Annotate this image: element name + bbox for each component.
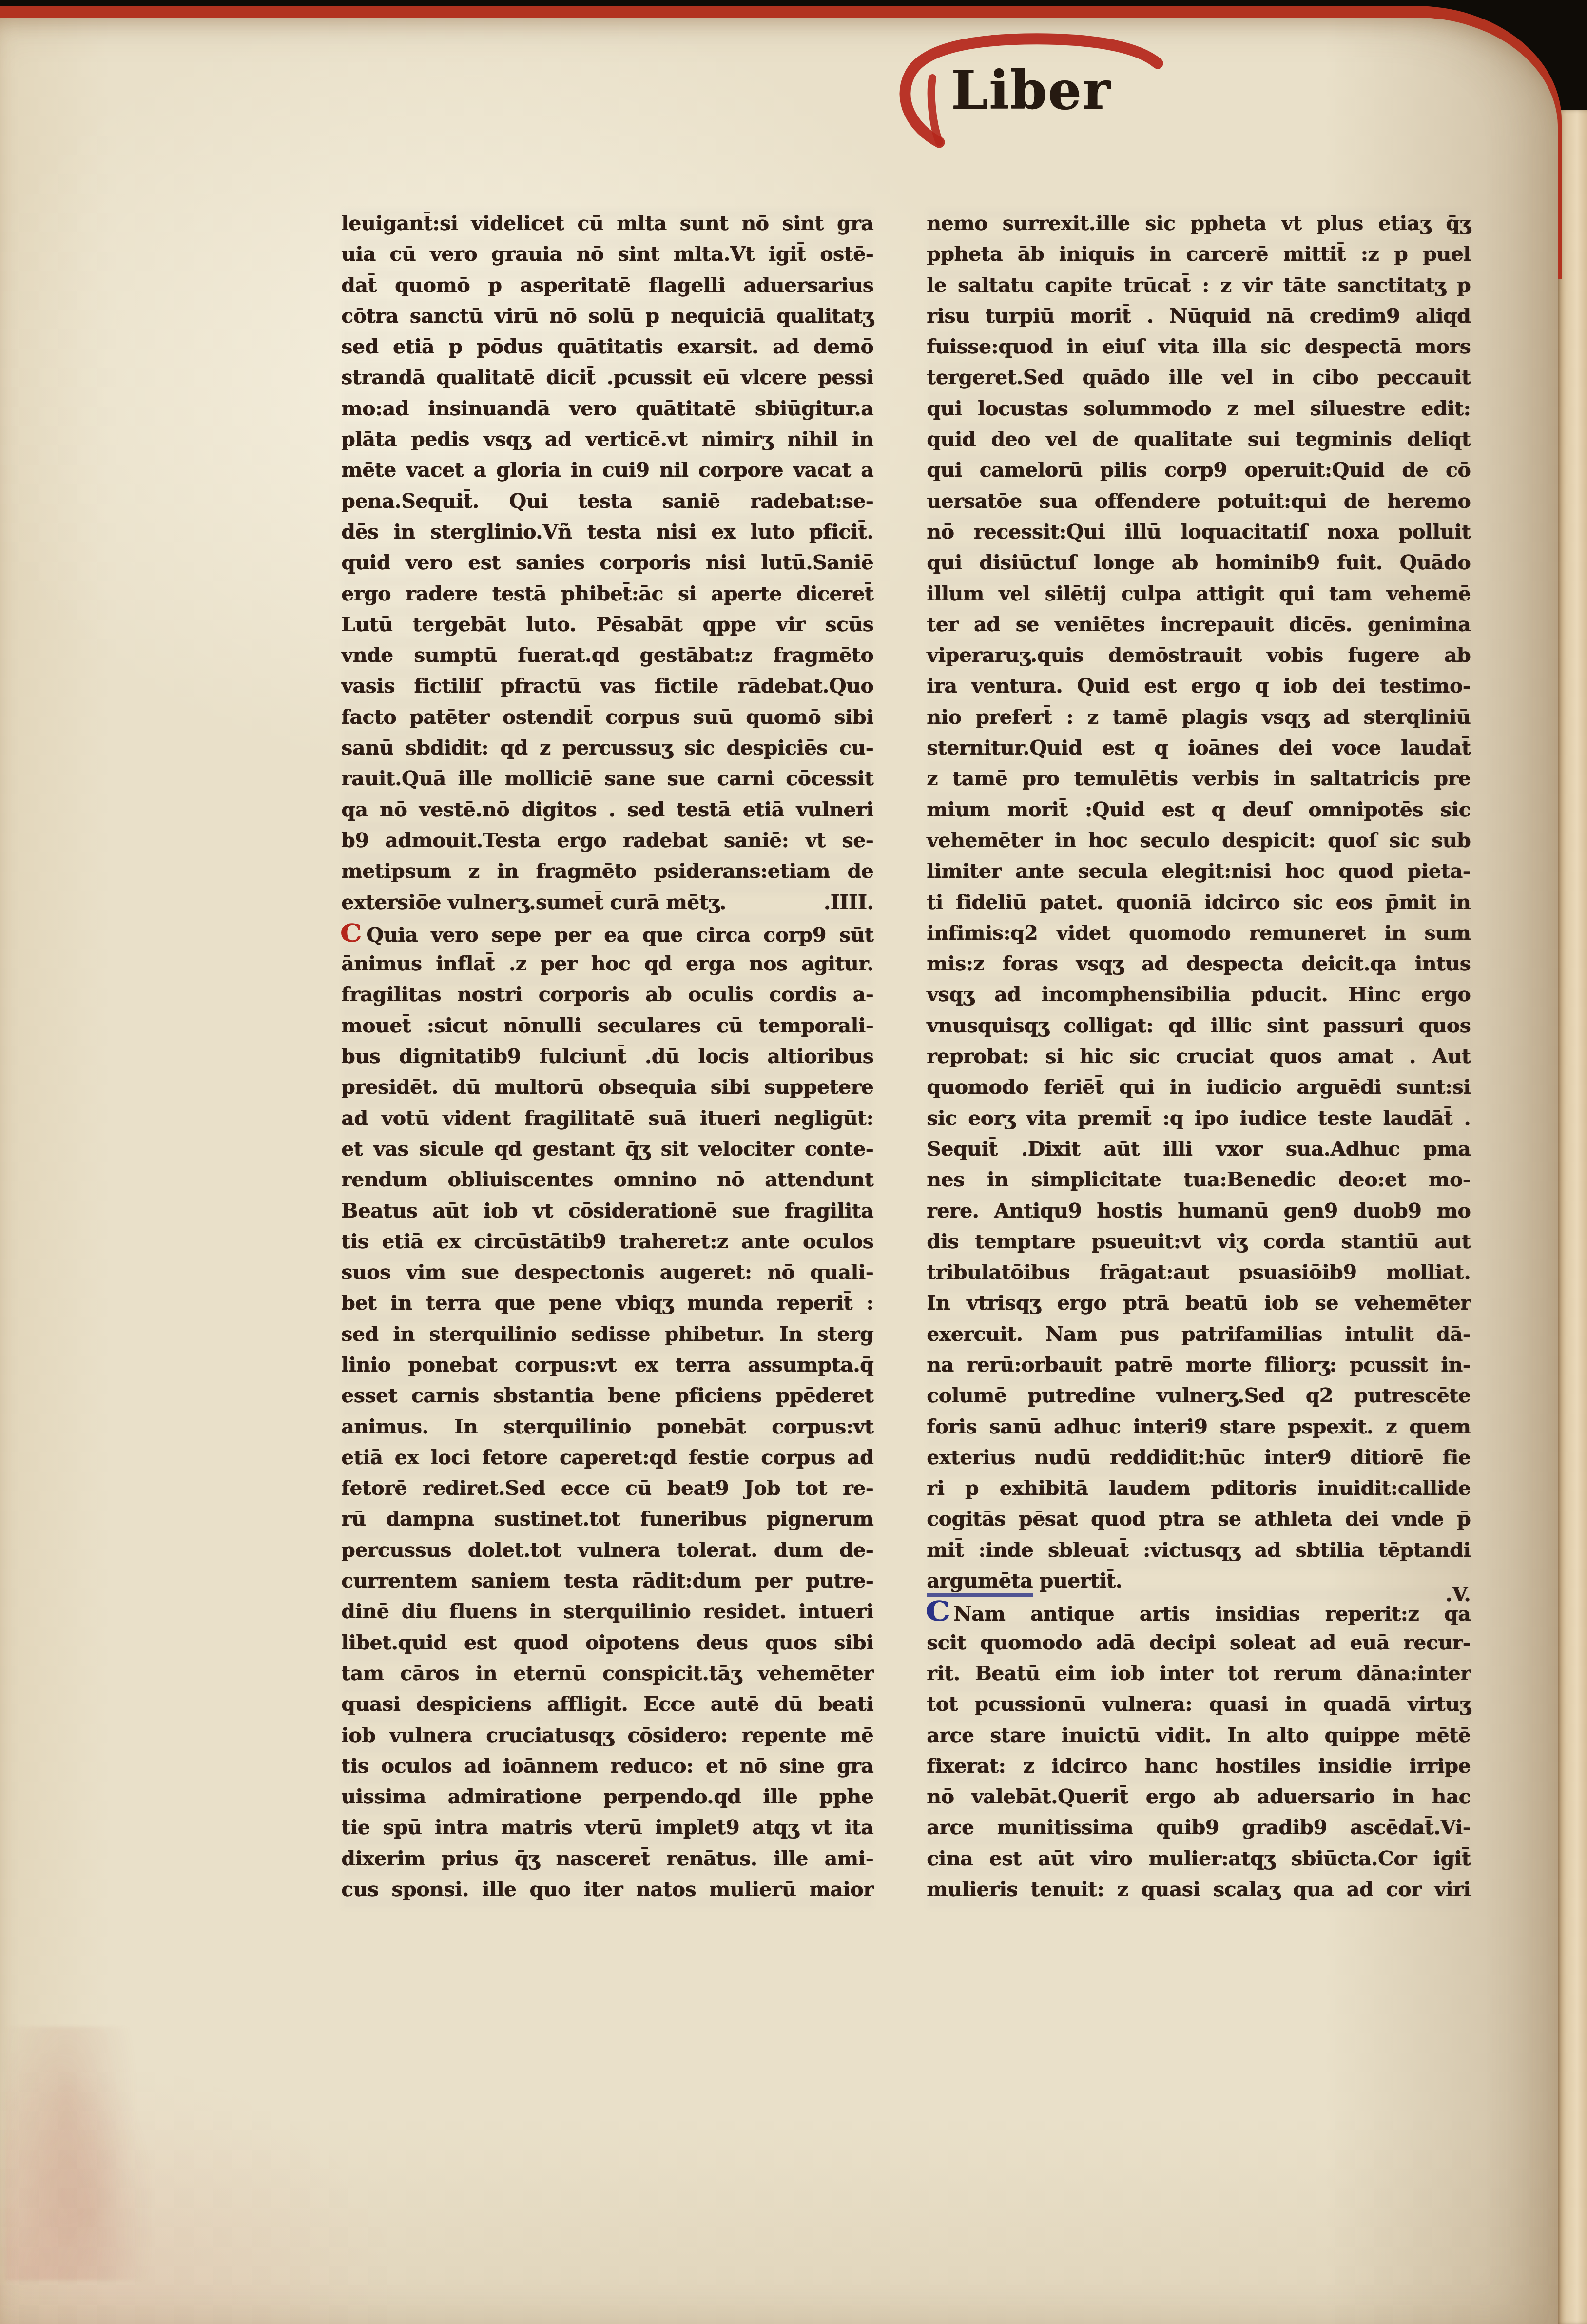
running-title: Liber bbox=[885, 43, 1177, 150]
book-scan-page: { "header": { "title": "Liber" }, "color… bbox=[0, 0, 1587, 2324]
text-line: Lutū tergebāt luto. Pēsabāt qppe vir… bbox=[341, 609, 873, 640]
text-line: leuigant̄:si videlicet cū mlta sunt nō… bbox=[341, 208, 873, 239]
text-line: vnusquisqʒ colligat: qd illic sint passu… bbox=[927, 1010, 1471, 1041]
text-line: et vas sicule qd gestant q̄ʒ sit velocit… bbox=[341, 1134, 873, 1164]
text-line: tergeret.Sed quādo ille vel in cibo pec… bbox=[927, 362, 1471, 393]
text-line: fuisse:quod in eiuſ vita illa sic despec… bbox=[927, 331, 1471, 362]
text-line-body: extersiōe vulnerʒ.sumet̄ curā mētʒ. bbox=[341, 887, 726, 918]
text-line: ergo radere testā phibet̄:āc si aperte… bbox=[341, 579, 873, 609]
text-line: quasi despiciens affligit. Ecce autē du… bbox=[341, 1689, 873, 1720]
text-line: percussus dolet.tot vulnera tolerat. dum… bbox=[341, 1535, 873, 1566]
text-line: tot pcussionū vulnera: quasi in quadā … bbox=[927, 1689, 1471, 1720]
text-line: ira ventura. Quid est ergo q iob dei tes… bbox=[927, 671, 1471, 701]
text-line: dis temptare psueuit:vt viʒ corda stanti… bbox=[927, 1226, 1471, 1257]
text-line: linio ponebat corpus:vt ex terra assumpt… bbox=[341, 1350, 873, 1380]
text-line: tis etiā ex circūstātib9 traheret:z a… bbox=[341, 1226, 873, 1257]
text-line: Beatus aūt iob vt cōsiderationē sue f… bbox=[341, 1196, 873, 1226]
text-line: vsqʒ ad incomphensibilia pducit. Hinc er… bbox=[927, 979, 1471, 1010]
paraph-mark-icon: C bbox=[340, 918, 362, 949]
text-line: cina est aūt viro mulier:atqʒ sbiūcta.… bbox=[927, 1843, 1471, 1874]
text-line-body: Quia vero sepe per ea que circa corp9 su… bbox=[366, 923, 873, 947]
text-line: uissima admiratione perpendo.qd ille pph… bbox=[341, 1782, 873, 1812]
text-line: fetorē rediret.Sed ecce cū beat9 Job t… bbox=[341, 1473, 873, 1504]
text-line: cogitās pēsat quod ptra se athleta dei… bbox=[927, 1504, 1471, 1534]
text-line: mium morit̄ :Quid est q deuſ omnipotēs … bbox=[927, 794, 1471, 825]
text-line: cōtra sanctū virū nō solū p nequici… bbox=[341, 301, 873, 331]
text-line: rit. Beatū eim iob inter tot rerum dān… bbox=[927, 1658, 1471, 1689]
text-line: ti fideliū patet. quoniā idcirco sic e… bbox=[927, 887, 1471, 918]
text-line: ānimus inflat̄ .z per hoc qd erga nos a… bbox=[341, 949, 873, 979]
text-line: CNam antique artis insidias reperit:z qa bbox=[927, 1596, 1471, 1627]
text-line: qui camelorū pilis corp9 operuit:Quid d… bbox=[927, 455, 1471, 485]
text-line: uersatōe sua offendere potuit:qui de he… bbox=[927, 486, 1471, 517]
text-line: vnde sumptū fuerat.qd gestābat:z fragm… bbox=[341, 640, 873, 671]
text-line: infimis:q2 videt quomodo remuneret in su… bbox=[927, 918, 1471, 949]
text-line: arce munitissima quib9 gradib9 ascēdat̄… bbox=[927, 1812, 1471, 1843]
text-line: iob vulnera cruciatusqʒ cōsidero: repen… bbox=[341, 1720, 873, 1751]
text-line: plāta pedis vsqʒ ad verticē.vt nimirʒ … bbox=[341, 424, 873, 455]
text-line: cus sponsi. ille quo iter natos mulierū… bbox=[341, 1874, 873, 1905]
text-line: strandā qualitatē dicit̄ .pcussit eū … bbox=[341, 362, 873, 393]
text-line: mouet̄ :sicut nōnulli seculares cū tem… bbox=[341, 1010, 873, 1041]
text-column-left: leuigant̄:si videlicet cū mlta sunt nō… bbox=[341, 208, 873, 1905]
book-page-edges-strip bbox=[1556, 110, 1587, 2324]
text-line: dēs in sterglinio.Vñ testa nisi ex lut… bbox=[341, 517, 873, 547]
text-line: le saltatu capite trūcat̄ : z vir tāte… bbox=[927, 270, 1471, 301]
text-line: mit̄ :inde sbleuat̄ :victusqʒ ad sbtilia… bbox=[927, 1535, 1471, 1566]
text-line: mo:ad insinuandā vero quātitatē sbiū… bbox=[341, 393, 873, 424]
text-line: tie spū intra matris vterū implet9 atq… bbox=[341, 1812, 873, 1843]
paraph-mark-icon: C bbox=[925, 1596, 948, 1627]
text-line: tis oculos ad ioānnem reduco: et nō si… bbox=[341, 1751, 873, 1782]
text-line: quid vero est sanies corporis nisi lutū… bbox=[341, 547, 873, 578]
text-line: rere. Antiqu9 hostis humanū gen9 duob9 … bbox=[927, 1196, 1471, 1226]
text-line: Sequit̄ .Dixit aūt illi vxor sua.Adhuc … bbox=[927, 1134, 1471, 1164]
text-line: pena.Sequit̄. Qui testa saniē radebat:s… bbox=[341, 486, 873, 517]
text-line: sternitur.Quid est q ioānes dei voce la… bbox=[927, 733, 1471, 763]
text-line: mēte vacet a gloria in cui9 nil corpore… bbox=[341, 455, 873, 485]
text-line: qui disiūctuſ longe ab hominib9 fuit. Q… bbox=[927, 547, 1471, 578]
text-line: vasis fictiliſ pfractū vas fictile rād… bbox=[341, 671, 873, 701]
chapter-number: .V. bbox=[1445, 1579, 1471, 1610]
text-line: viperaruʒ.quis demōstrauit vobis fugere… bbox=[927, 640, 1471, 671]
text-line: fixerat: z idcirco hanc hostiles insidie… bbox=[927, 1751, 1471, 1782]
text-line: reprobat: si hic sic cruciat quos amat .… bbox=[927, 1041, 1471, 1072]
text-line: exterius nudū reddidit:hūc inter9 diti… bbox=[927, 1442, 1471, 1473]
text-line: tam cāros in eternū conspicit.tāʒ veh… bbox=[341, 1658, 873, 1689]
text-line: presidēt. dū multorū obsequia sibi su… bbox=[341, 1072, 873, 1103]
text-line: esset carnis sbstantia bene pficiens ppe… bbox=[341, 1380, 873, 1411]
text-line: ad votū vident fragilitatē suā itueri… bbox=[341, 1103, 873, 1134]
text-line: dinē diu fluens in sterquilinio residet… bbox=[341, 1596, 873, 1627]
text-line: rū dampna sustinet.tot funeribus pigner… bbox=[341, 1504, 873, 1534]
text-line: columē putredine vulnerʒ.Sed q2 putresc… bbox=[927, 1380, 1471, 1411]
text-line: scit quomodo adā decipi soleat ad euā … bbox=[927, 1627, 1471, 1658]
text-line: facto patēter ostendit̄ corpus suū quo… bbox=[341, 702, 873, 733]
text-line: exercuit. Nam pus patrifamilias intulit … bbox=[927, 1319, 1471, 1350]
text-line: extersiōe vulnerʒ.sumet̄ curā mētʒ..I… bbox=[341, 887, 873, 918]
text-line: arce stare inuictū vidit. In alto quipp… bbox=[927, 1720, 1471, 1751]
text-line: limiter ante secula elegit:nisi hoc quod… bbox=[927, 856, 1471, 887]
text-line: qa nō vestē.nō digitos . sed testā e… bbox=[341, 794, 873, 825]
text-line: sed etiā p pōdus quātitatis exarsit. … bbox=[341, 331, 873, 362]
text-line: libet.quid est quod oipotens deus quos s… bbox=[341, 1627, 873, 1658]
blue-ink-underline: argumēta bbox=[927, 1569, 1033, 1597]
text-line: sed in sterquilinio sedisse phibetur. In… bbox=[341, 1319, 873, 1350]
text-line: risu turpiū morit̄ . Nūquid nā credim… bbox=[927, 301, 1471, 331]
text-line: argumēta puertit̄..V. bbox=[927, 1566, 1471, 1596]
text-line: bus dignitatib9 fulciunt̄ .dū locis alt… bbox=[341, 1041, 873, 1072]
text-line: b9 admouit.Testa ergo radebat saniē: vt… bbox=[341, 825, 873, 856]
text-line: nō recessit:Qui illū loquacitatiſ noxa… bbox=[927, 517, 1471, 547]
chapter-number: .IIII. bbox=[824, 887, 873, 918]
text-line: sic eorʒ vita premit̄ :q ipo iudice test… bbox=[927, 1103, 1471, 1134]
text-line: z tamē pro temulētis verbis in saltatr… bbox=[927, 763, 1471, 794]
text-line: rauit.Quā ille molliciē sane sue carni… bbox=[341, 763, 873, 794]
text-line-body: Nam antique artis insidias reperit:z qa bbox=[953, 1602, 1471, 1626]
text-line: nio prefert̄ : z tamē plagis vsqʒ ad st… bbox=[927, 702, 1471, 733]
foxing-stain bbox=[5, 2027, 151, 2280]
text-line: foris sanū adhuc interi9 stare pspexit.… bbox=[927, 1412, 1471, 1442]
text-line: currentem saniem testa rādit:dum per pu… bbox=[341, 1566, 873, 1596]
text-line: mulieris tenuit: z quasi scalaʒ qua ad c… bbox=[927, 1874, 1471, 1905]
text-line: ppheta āb iniquis in carcerē mittit̄ :… bbox=[927, 239, 1471, 270]
text-line: dat̄ quomō p asperitatē flagelli aduer… bbox=[341, 270, 873, 301]
text-line: rendum obliuiscentes omnino nō attendun… bbox=[341, 1164, 873, 1195]
text-column-right: nemo surrexit.ille sic ppheta vt plus et… bbox=[927, 208, 1471, 1905]
text-line: qui locustas solummodo z mel siluestre e… bbox=[927, 393, 1471, 424]
text-line: etiā ex loci fetore caperet:qd festie c… bbox=[341, 1442, 873, 1473]
text-line: mis:z foras vsqʒ ad despecta deicit.qa i… bbox=[927, 949, 1471, 979]
text-line: uia cū vero grauia nō sint mlta.Vt igi… bbox=[341, 239, 873, 270]
text-line: ri p exhibitā laudem pditoris inuidit:c… bbox=[927, 1473, 1471, 1504]
text-line: na rerū:orbauit patrē morte filiorʒ: p… bbox=[927, 1350, 1471, 1380]
text-line: In vtrisqʒ ergo ptrā beatū iob se vehe… bbox=[927, 1288, 1471, 1318]
text-line: tribulatōibus frāgat:aut psuasiōib9 m… bbox=[927, 1257, 1471, 1288]
text-line: bet in terra que pene vbiqʒ munda reperi… bbox=[341, 1288, 873, 1318]
text-line-body: argumēta puertit̄. bbox=[927, 1566, 1122, 1596]
text-line: nemo surrexit.ille sic ppheta vt plus et… bbox=[927, 208, 1471, 239]
text-line: CQuia vero sepe per ea que circa corp9 s… bbox=[341, 918, 873, 949]
text-line: nes in simplicitate tua:Benedic deo:et m… bbox=[927, 1164, 1471, 1195]
text-line: quomodo feriēt̄ qui in iudicio arguēdi… bbox=[927, 1072, 1471, 1103]
text-line: quid deo vel de qualitate sui tegminis d… bbox=[927, 424, 1471, 455]
text-line: suos vim sue despectonis augeret: nō qu… bbox=[341, 1257, 873, 1288]
text-line: fragilitas nostri corporis ab oculis cor… bbox=[341, 979, 873, 1010]
text-line: nō valebāt.Querit̄ ergo ab aduersario … bbox=[927, 1782, 1471, 1812]
text-line: dixerim prius q̄ʒ nasceret̄ renātus. il… bbox=[341, 1843, 873, 1874]
text-line: ter ad se veniētes increpauit dicēs. g… bbox=[927, 609, 1471, 640]
text-line: vehemēter in hoc seculo despicit: quoſ … bbox=[927, 825, 1471, 856]
text-line: metipsum z in fragmēto psiderans:etiam … bbox=[341, 856, 873, 887]
text-line: sanū sbdidit: qd z percussuʒ sic despic… bbox=[341, 733, 873, 763]
text-line: animus. In sterquilinio ponebāt corpus:… bbox=[341, 1412, 873, 1442]
page-title: Liber bbox=[885, 64, 1177, 117]
text-line: illum vel silētij culpa attigit qui tam… bbox=[927, 579, 1471, 609]
